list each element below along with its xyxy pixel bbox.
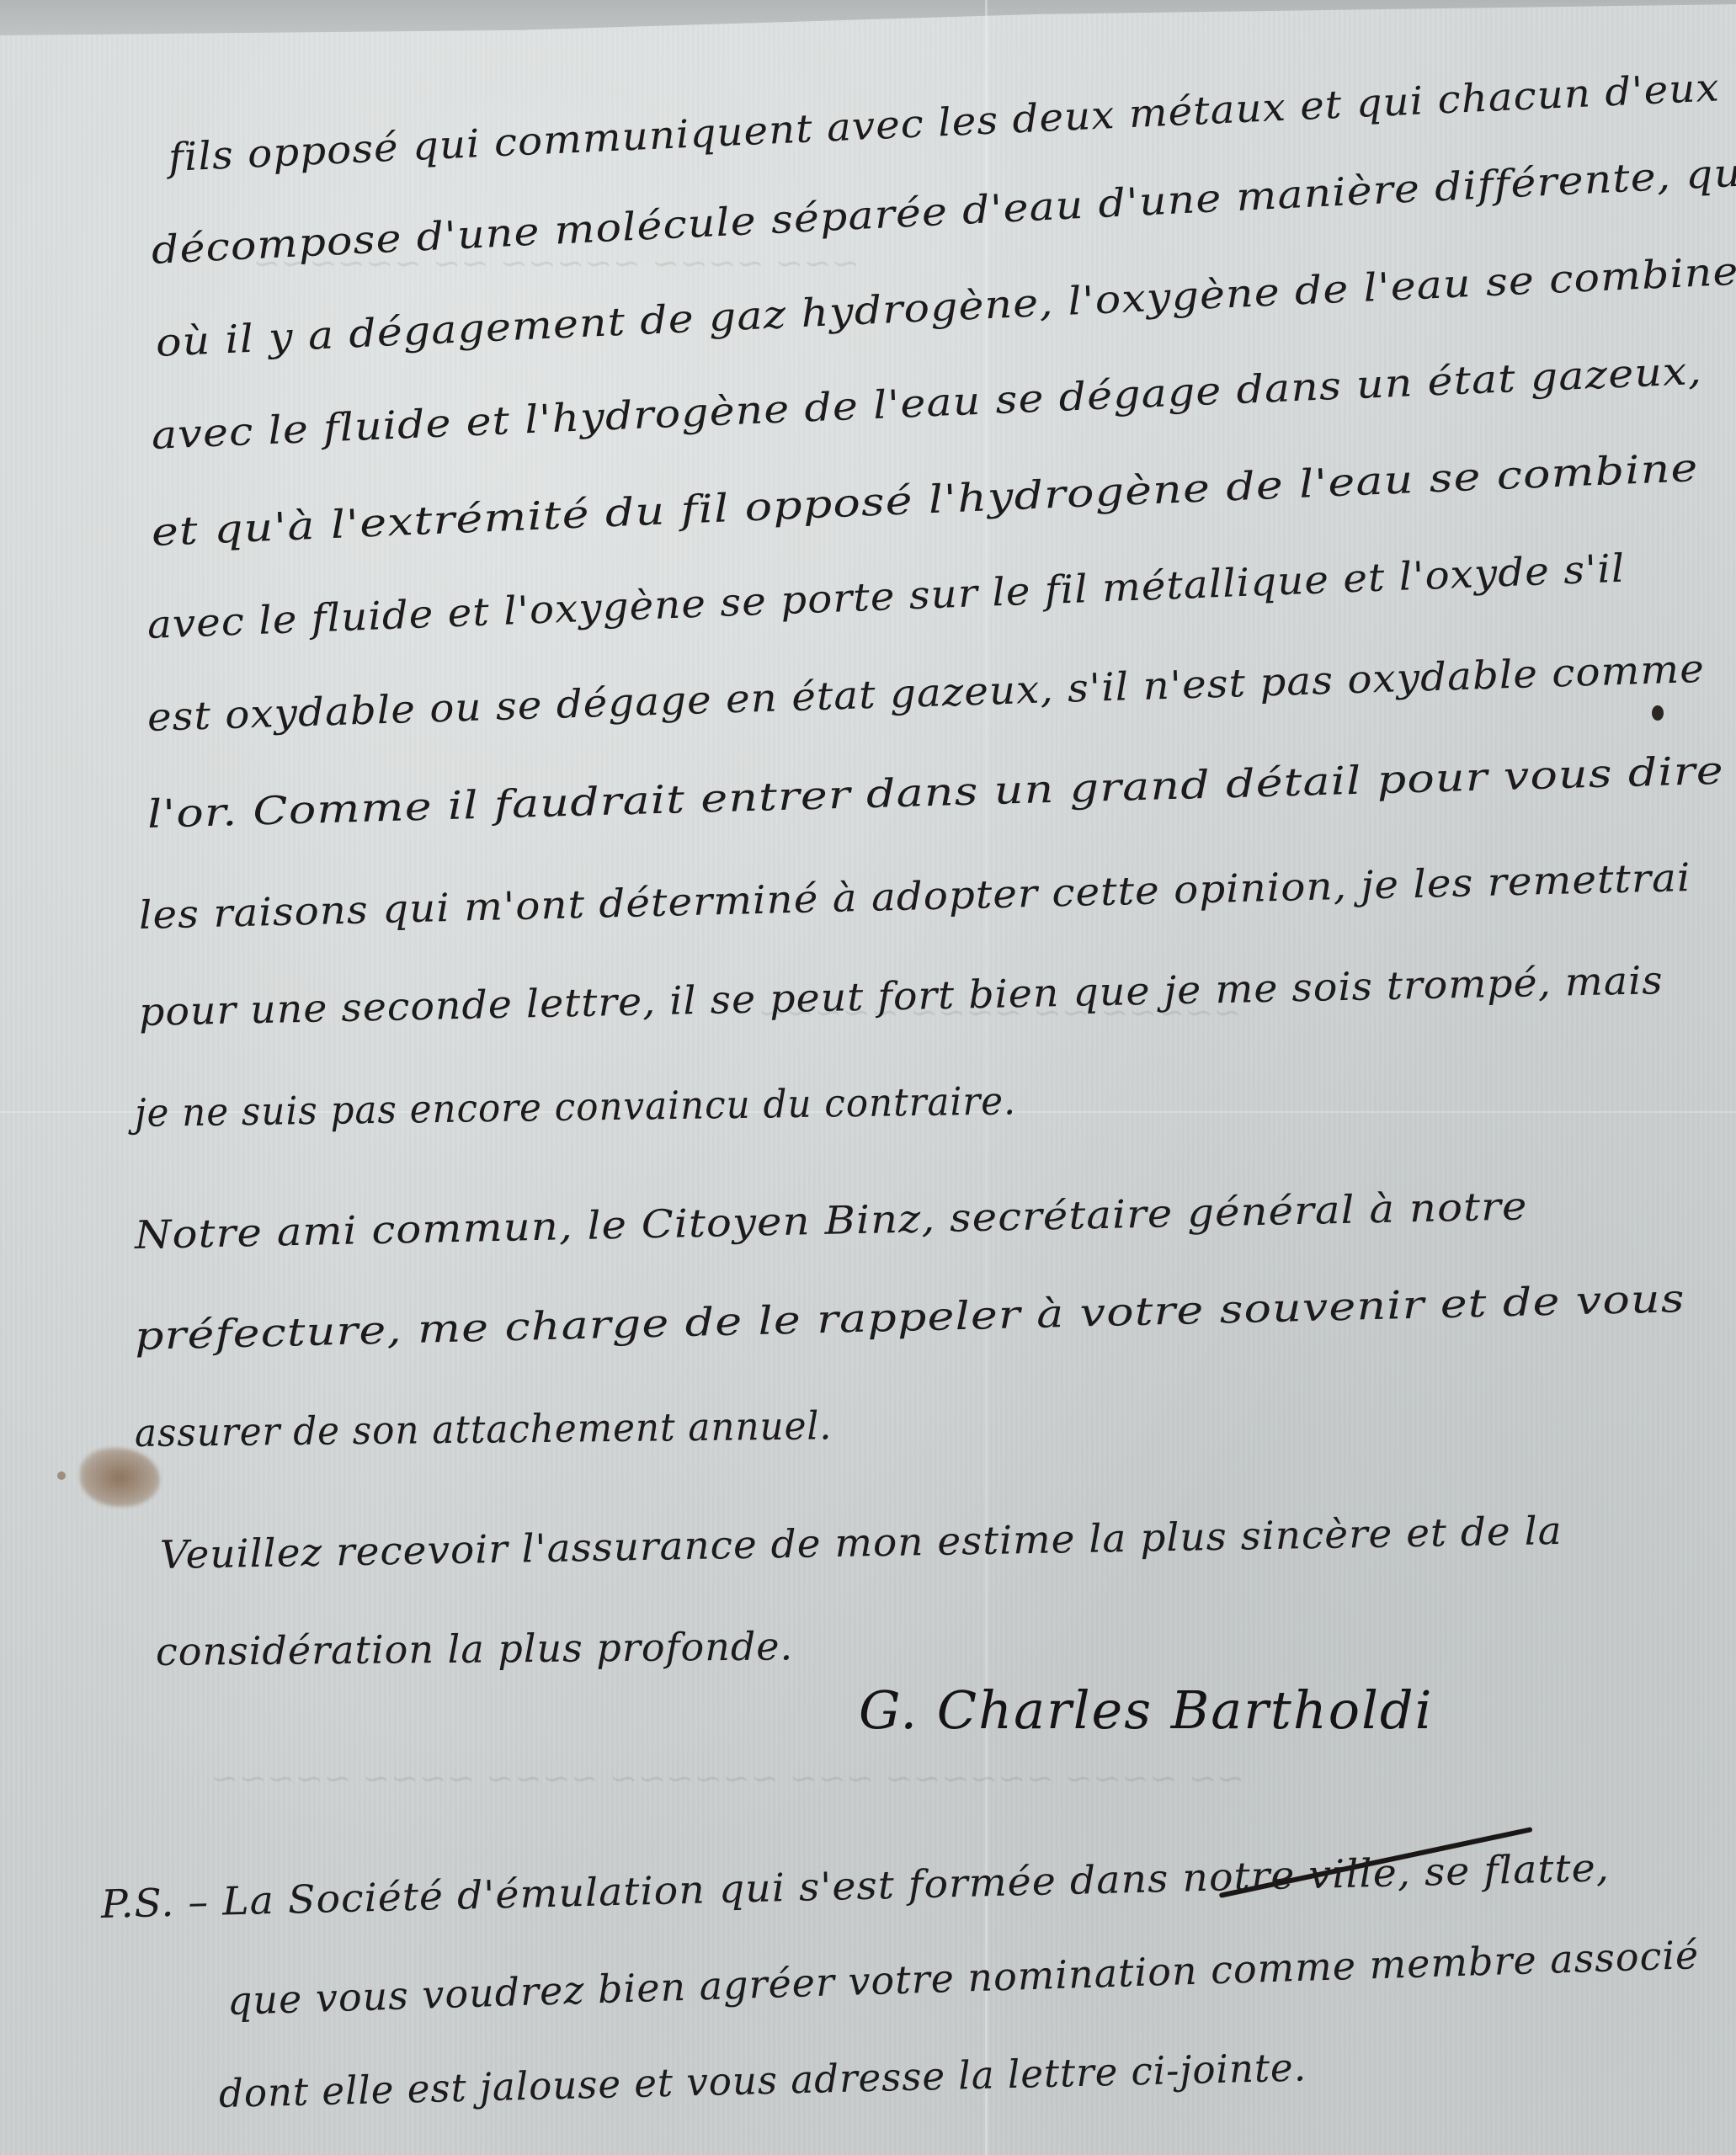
closing-line: considération la plus profonde. bbox=[156, 1623, 794, 1674]
brown-stain-dot bbox=[57, 1471, 66, 1480]
bleed-through-text: ~~ ~~~~ ~~~~~~ ~~~ ~~~~~~ ~~~~ ~~~~ ~~~~… bbox=[210, 1759, 1245, 1798]
paragraph-line: Notre ami commun, le Citoyen Binz, secré… bbox=[134, 1183, 1527, 1258]
body-line: avec le fluide et l'hydrogène de l'eau s… bbox=[151, 348, 1703, 458]
paragraph-line: préfecture, me charge de le rappeler à v… bbox=[134, 1275, 1685, 1359]
postscript-line: P.S. – La Société d'émulation qui s'est … bbox=[100, 1844, 1610, 1927]
postscript-line: dont elle est jalouse et vous adresse la… bbox=[218, 2044, 1307, 2116]
letter-page: ~~~ ~~~~ ~~~~~ ~~ ~~~~~~ ~~~~~ ~~ ~~~~ ~… bbox=[0, 0, 1736, 2155]
torn-paper-edge bbox=[0, 0, 1736, 35]
body-line: les raisons qui m'ont déterminé à adopte… bbox=[138, 854, 1691, 938]
postscript-line: que vous voudrez bien agréer votre nomin… bbox=[226, 1932, 1700, 2024]
paragraph-line: assurer de son attachement annuel. bbox=[135, 1402, 833, 1455]
body-line: je ne suis pas encore convaincu du contr… bbox=[135, 1077, 1017, 1136]
body-line: est oxydable ou se dégage en état gazeux… bbox=[146, 646, 1705, 740]
closing-line: Veuillez recevoir l'assurance de mon est… bbox=[160, 1508, 1563, 1578]
brown-stain bbox=[80, 1448, 160, 1507]
body-line: l'or. Comme il faudrait entrer dans un g… bbox=[146, 748, 1724, 837]
body-line: avec le fluide et l'oxygène se porte sur… bbox=[146, 545, 1626, 647]
signature: G. Charles Bartholdi bbox=[859, 1679, 1433, 1741]
ink-blot bbox=[1652, 705, 1664, 721]
body-line: et qu'à l'extrémité du fil opposé l'hydr… bbox=[151, 444, 1700, 555]
